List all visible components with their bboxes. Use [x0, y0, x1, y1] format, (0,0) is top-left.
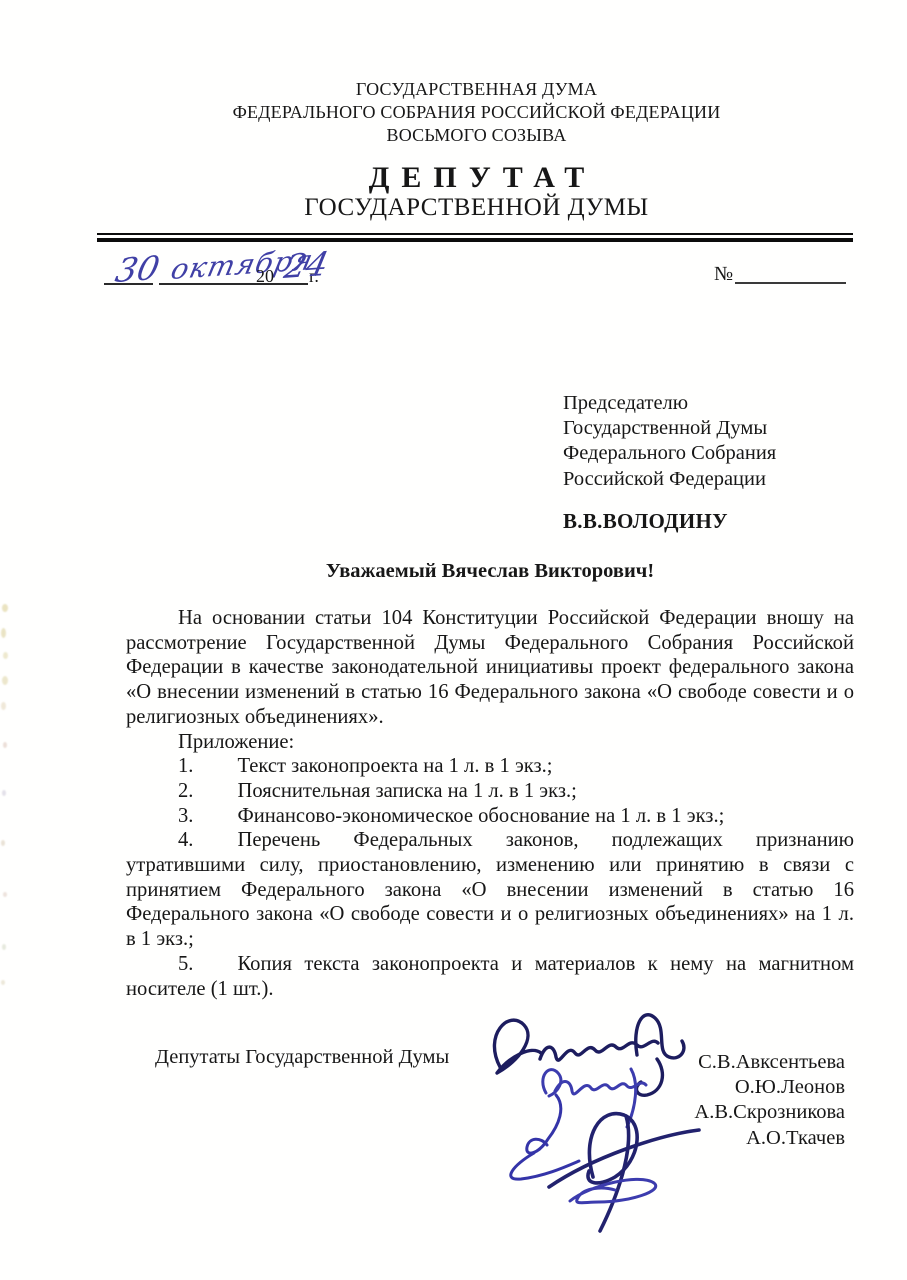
signatory-names: С.В.Авксентьева О.Ю.Леонов А.В.Скрознико…: [694, 1050, 845, 1151]
addressee-line: Российской Федерации: [563, 467, 776, 492]
addressee-line: Федерального Собрания: [563, 441, 776, 466]
attachment-item: 3.Финансово-экономическое обоснование на…: [126, 804, 854, 829]
scan-artifact: [2, 944, 6, 950]
document-number-blank-underline: [735, 282, 846, 284]
document-number-sign: №: [714, 263, 733, 286]
scan-artifact: [1, 702, 6, 710]
attachment-text: Пояснительная записка на 1 л. в 1 экз.;: [237, 780, 576, 802]
attachment-number: 2.: [178, 780, 193, 802]
signatory-name: А.О.Ткачев: [694, 1126, 845, 1151]
letterhead-role-of: ГОСУДАРСТВЕННОЙ ДУМЫ: [50, 194, 903, 221]
body-paragraph: На основании статьи 104 Конституции Росс…: [126, 606, 854, 730]
scanned-letter-page: ГОСУДАРСТВЕННАЯ ДУМА ФЕДЕРАЛЬНОГО СОБРАН…: [0, 0, 907, 1280]
attachment-item: 4.Перечень Федеральных законов, подлежащ…: [126, 828, 854, 952]
attachment-number: 4.: [178, 829, 193, 851]
signatories-label: Депутаты Государственной Думы: [155, 1046, 449, 1069]
date-day-underline: [104, 283, 153, 285]
attachment-text: Перечень Федеральных законов, подлежащих…: [126, 829, 854, 950]
handwritten-date-year: 24: [281, 244, 332, 286]
signatory-name: О.Ю.Леонов: [694, 1075, 845, 1100]
addressee-name: В.В.ВОЛОДИНУ: [563, 509, 728, 534]
scan-artifact: [2, 676, 8, 685]
attachment-number: 1.: [178, 755, 193, 777]
scan-artifact: [1, 628, 6, 638]
attachment-text: Текст законопроекта на 1 л. в 1 экз.;: [237, 755, 552, 777]
signatory-name: С.В.Авксентьева: [694, 1050, 845, 1075]
letter-body: На основании статьи 104 Конституции Росс…: [126, 606, 854, 1001]
attachment-number: 5.: [178, 953, 193, 975]
letterhead-role: ДЕПУТАТ: [50, 161, 903, 194]
attachment-item: 2.Пояснительная записка на 1 л. в 1 экз.…: [126, 779, 854, 804]
salutation: Уважаемый Вячеслав Викторович!: [126, 560, 854, 583]
scan-artifact: [3, 892, 7, 897]
attachment-text: Копия текста законопроекта и материалов …: [126, 953, 854, 1000]
scan-artifact: [2, 790, 6, 796]
addressee-line: Председателю: [563, 391, 776, 416]
scan-artifact: [1, 980, 5, 985]
scan-artifact: [3, 742, 7, 748]
attachment-item: 5.Копия текста законопроекта и материало…: [126, 952, 854, 1001]
letterhead: ГОСУДАРСТВЕННАЯ ДУМА ФЕДЕРАЛЬНОГО СОБРАН…: [50, 78, 903, 221]
letterhead-line3: ВОСЬМОГО СОЗЫВА: [50, 124, 903, 147]
addressee-block: Председателю Государственной Думы Федера…: [563, 391, 776, 492]
addressee-line: Государственной Думы: [563, 416, 776, 441]
letterhead-line1: ГОСУДАРСТВЕННАЯ ДУМА: [50, 78, 903, 101]
attachment-item: 1.Текст законопроекта на 1 л. в 1 экз.;: [126, 754, 854, 779]
letterhead-divider-rule: [97, 233, 853, 242]
attachment-number: 3.: [178, 805, 193, 827]
scan-artifact: [3, 652, 8, 659]
signatory-name: А.В.Скрозникова: [694, 1100, 845, 1125]
attachment-text: Финансово-экономическое обоснование на 1…: [237, 805, 724, 827]
attachments-label: Приложение:: [126, 730, 854, 755]
scan-artifact: [2, 604, 8, 612]
scan-artifact: [1, 840, 5, 846]
letterhead-line2: ФЕДЕРАЛЬНОГО СОБРАНИЯ РОССИЙСКОЙ ФЕДЕРАЦ…: [50, 101, 903, 124]
handwritten-signatures-ink: [443, 1003, 709, 1239]
